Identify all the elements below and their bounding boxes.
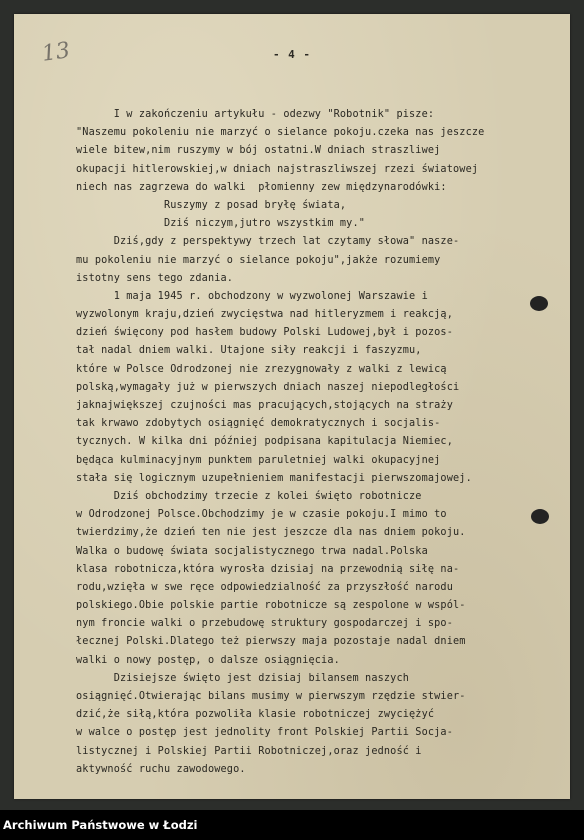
archive-credit: Archiwum Państwowe w Łodzi (3, 818, 197, 832)
text-line: Ruszymy z posad bryłę świata, (76, 197, 556, 215)
punch-hole-upper (530, 296, 548, 311)
text-line: w Odrodzonej Polsce.Obchodzimy je w czas… (76, 506, 556, 524)
text-line: aktywność ruchu zawodowego. (76, 761, 556, 779)
text-line: jaknajwiększej czujności mas pracujących… (76, 397, 556, 415)
text-line: rodu,wzięła w swe ręce odpowiedzialność … (76, 579, 556, 597)
text-line: mu pokoleniu nie marzyć o sielance pokoj… (76, 252, 556, 270)
text-line: tak krwawo zdobytych osiągnięć demokraty… (76, 415, 556, 433)
text-line: okupacji hitlerowskiej,w dniach najstras… (76, 161, 556, 179)
text-line: Dziś obchodzimy trzecie z kolei święto r… (76, 488, 556, 506)
text-line: stała się logicznym uzupełnieniem manife… (76, 470, 556, 488)
typed-text-body: I w zakończeniu artykułu - odezwy "Robot… (76, 106, 556, 779)
text-line: osiągnięć.Otwierając bilans musimy w pie… (76, 688, 556, 706)
text-line: istotny sens tego zdania. (76, 270, 556, 288)
text-line: I w zakończeniu artykułu - odezwy "Robot… (76, 106, 556, 124)
text-line: w walce o postęp jest jednolity front Po… (76, 724, 556, 742)
text-line: Dziś,gdy z perspektywy trzech lat czytam… (76, 233, 556, 251)
text-line: Walka o budowę świata socjalistycznego t… (76, 543, 556, 561)
text-line: tycznych. W kilka dni później podpisana … (76, 433, 556, 451)
footer-bar: Archiwum Państwowe w Łodzi (0, 810, 584, 840)
text-line: dzień święcony pod hasłem budowy Polski … (76, 324, 556, 342)
text-line: "Naszemu pokoleniu nie marzyć o sielance… (76, 124, 556, 142)
text-line: niech nas zagrzewa do walki płomienny ze… (76, 179, 556, 197)
text-line: klasa robotnicza,która wyrosła dzisiaj n… (76, 561, 556, 579)
text-line: dzić,że siłą,która pozwoliła klasie robo… (76, 706, 556, 724)
page-number: - 4 - (14, 48, 570, 61)
text-line: które w Polsce Odrodzonej nie zrezygnowa… (76, 361, 556, 379)
text-line: 1 maja 1945 r. obchodzony w wyzwolonej W… (76, 288, 556, 306)
text-line: nym froncie walki o przebudowę struktury… (76, 615, 556, 633)
document-page: 13 - 4 - I w zakończeniu artykułu - odez… (14, 14, 570, 799)
text-line: wyzwolonym kraju,dzień zwycięstwa nad hi… (76, 306, 556, 324)
text-line: wiele bitew,nim ruszymy w bój ostatni.W … (76, 142, 556, 160)
text-line: tał nadal dniem walki. Utajone siły reak… (76, 342, 556, 360)
text-line: listycznej i Polskiej Partii Robotniczej… (76, 743, 556, 761)
text-line: polską,wymagały już w pierwszych dniach … (76, 379, 556, 397)
text-line: polskiego.Obie polskie partie robotnicze… (76, 597, 556, 615)
text-line: łecznej Polski.Dlatego też pierwszy maja… (76, 633, 556, 651)
text-line: Dzisiejsze święto jest dzisiaj bilansem … (76, 670, 556, 688)
punch-hole-lower (531, 509, 549, 524)
text-line: będąca kulminacyjnym punktem paruletniej… (76, 452, 556, 470)
text-line: twierdzimy,że dzień ten nie jest jeszcze… (76, 524, 556, 542)
scan-frame: 13 - 4 - I w zakończeniu artykułu - odez… (0, 0, 584, 810)
text-line: Dziś niczym,jutro wszystkim my." (76, 215, 556, 233)
text-line: walki o nowy postęp, o dalsze osiągnięci… (76, 652, 556, 670)
